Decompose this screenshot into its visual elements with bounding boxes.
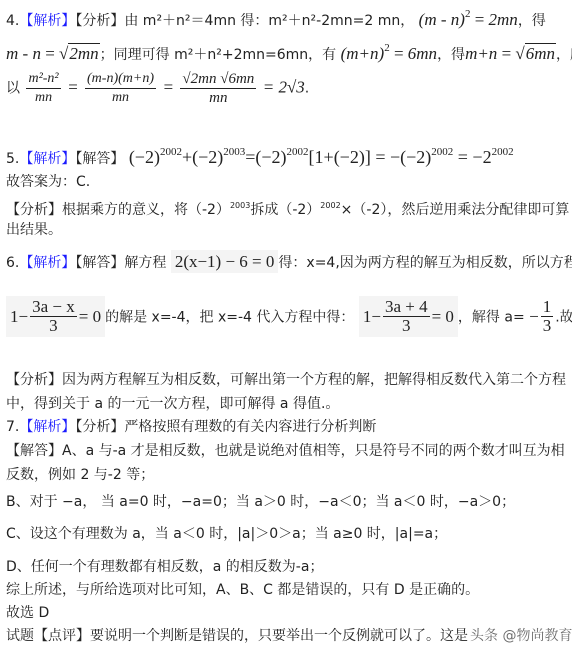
q5-tag-jieda: 【解答】: [75, 151, 124, 167]
q6-answer: −13: [529, 298, 555, 335]
q4-text3: ，得: [437, 47, 465, 63]
q7-c-line: C、设这个有理数为 a，当 a＜0 时，|a|＞0＞a；当 a≥0 时，|a|=…: [6, 524, 447, 544]
q5-sup1: 2003: [230, 201, 250, 210]
q7-tag-jiexi: 【解析】: [19, 419, 75, 435]
q4-frac2: (m-n)(m+n)mn: [85, 70, 156, 107]
q6-eq1: 2(x−1) − 6 = 0: [171, 250, 279, 273]
q6-analysis-line1: 因为两方程解互为相反数，可解出第一个方程的解，把解得相反数代入第二个方程: [62, 372, 566, 388]
q4-math-m-plus-n: m+n = √6mn: [465, 44, 556, 63]
q7-b-line: B、对于 −a， 当 a=0 时，−a=0；当 a＞0 时，−a＜0；当 a＜0…: [6, 492, 515, 512]
q5-tag-jiexi: 【解析】: [19, 151, 75, 167]
q7-d-line: D、任何一个有理数都有相反数，a 的相反数为-a；: [6, 557, 323, 577]
q5-analysis-text3: ×（-2），然后逆用乘法分配律即可算: [341, 202, 570, 218]
q6-text1: 解方程: [124, 255, 166, 271]
q6-analysis: 【分析】因为两方程解互为相反数，可解出第一个方程的解，把解得相反数代入第二个方程: [6, 370, 566, 390]
q5-analysis-line2: 出结果。: [6, 220, 62, 240]
q5-line1: 5.【解析】【解答】 (−2)2002+(−2)2003=(−2)2002[1+…: [6, 142, 514, 169]
q6-analysis-line2: 中，得到关于 a 的一元一次方程，即可解得 a 得值.。: [6, 394, 339, 414]
q4-frac1: m²-n²mn: [26, 70, 60, 107]
q4-line2: m - n = √2mn；同理可得 m²＋n²+2mn=6mn，有 (m+n)2…: [6, 38, 572, 65]
q5-analysis-tag: 【分析】: [6, 202, 62, 218]
q7-summary: 综上所述，与所给选项对比可知，A、B、C 都是错误的，只有 D 是正确的。: [6, 580, 479, 600]
q6-analysis-tag: 【分析】: [6, 372, 62, 388]
q6-text5: .故选 A: [555, 310, 572, 326]
q7-answer-tag: 【解答】: [6, 443, 62, 459]
q7-line1: 7.【解析】【分析】严格按照有理数的有关内容进行分析判断: [6, 417, 376, 437]
q7-analysis-text: 严格按照有理数的有关内容进行分析判断: [124, 419, 376, 435]
q5-equation: (−2)2002+(−2)2003=(−2)2002[1+(−2)] = −(−…: [129, 147, 514, 167]
q6-text2: 得：x=4,因为两方程的解互为相反数，所以方程: [278, 255, 572, 271]
q7-comment-prefix: 试题: [6, 628, 34, 644]
q4-prefix: 以: [6, 81, 20, 97]
q4-math-m-plus-n-squared: (m+n)2 = 6mn: [341, 44, 437, 63]
q4-result: = 2√3: [263, 78, 305, 97]
q4-text2: ；同理可得 m²＋n²+2mn=6mn，有: [100, 47, 336, 63]
q6-tag-jiexi: 【解析】: [19, 255, 75, 271]
q7-comment: 试题【点评】要说明一个判断是错误的，只要举出一个反例就可以了。这是: [6, 626, 468, 646]
q4-math-m-minus-n: m - n = √2mn: [6, 44, 100, 63]
q4-frac3: √2mn √6mnmn: [180, 70, 256, 107]
q7-answer-a: 【解答】A、a 与-a 才是相反数，也就是说绝对值相等，只是符号不同的两个数才叫…: [6, 441, 565, 461]
q5-number: 5.: [6, 151, 19, 167]
q6-line1: 6.【解析】【解答】解方程 2(x−1) − 6 = 0得：x=4,因为两方程的…: [6, 252, 572, 273]
q4-line3: 以 m²-n²mn = (m-n)(m+n)mn = √2mn √6mnmn =…: [6, 70, 309, 107]
q7-a-line1: A、a 与-a 才是相反数，也就是说绝对值相等，只是符号不同的两个数才叫互为相: [62, 443, 565, 459]
q5-analysis: 【分析】根据乘方的意义，将（-2）2003拆成（-2）2002×（-2），然后逆…: [6, 196, 569, 220]
q4-tag-fenxi: 【分析】: [75, 13, 124, 29]
q6-number: 6.: [6, 255, 19, 271]
q5-analysis-text1: 根据乘方的意义，将（-2）: [62, 202, 230, 218]
q5-analysis-text2: 拆成（-2）: [250, 202, 320, 218]
q6-eq3: 1−3a + 43= 0: [359, 296, 458, 337]
q7-a-line2: 反数，例如 2 与-2 等；: [6, 465, 154, 485]
q6-tag-jieda: 【解答】: [75, 255, 124, 271]
q4-end: .: [305, 81, 309, 97]
q4-line1: 4.【解析】【分析】由 m²＋n²＝4mn 得：m²＋n²-2mn=2 mn， …: [6, 4, 546, 31]
q4-tag-jiexi: 【解析】: [19, 13, 75, 29]
q7-number: 7.: [6, 419, 19, 435]
q6-text4: ，解得 a=: [458, 310, 525, 326]
q7-comment-text: 要说明一个判断是错误的，只要举出一个反例就可以了。这是: [90, 628, 468, 644]
watermark: 头条 @物尚教育: [470, 626, 572, 646]
q7-comment-tag: 【点评】: [34, 628, 90, 644]
q5-answer: 故答案为：C.: [6, 172, 90, 192]
q7-choice: 故选 D: [6, 603, 49, 623]
equals-sign: =: [67, 78, 78, 97]
q6-eq2: 1−3a − x3= 0: [6, 296, 105, 337]
q4-text4: ，所: [556, 47, 572, 63]
q6-text3: 的解是 x=-4，把 x=-4 代入方程中得：: [105, 310, 354, 326]
q4-text-end: ，得: [518, 13, 546, 29]
equals-sign: =: [162, 78, 173, 97]
q4-math-m-minus-n-squared: (m - n)2 = 2mn: [419, 10, 518, 29]
q6-line2: 1−3a − x3= 0的解是 x=-4，把 x=-4 代入方程中得： 1−3a…: [6, 296, 572, 337]
q7-tag-fenxi: 【分析】: [75, 419, 124, 435]
q4-text: 由 m²＋n²＝4mn 得：m²＋n²-2mn=2 mn，: [124, 13, 414, 29]
q4-number: 4.: [6, 13, 19, 29]
q5-sup2: 2002: [320, 201, 340, 210]
